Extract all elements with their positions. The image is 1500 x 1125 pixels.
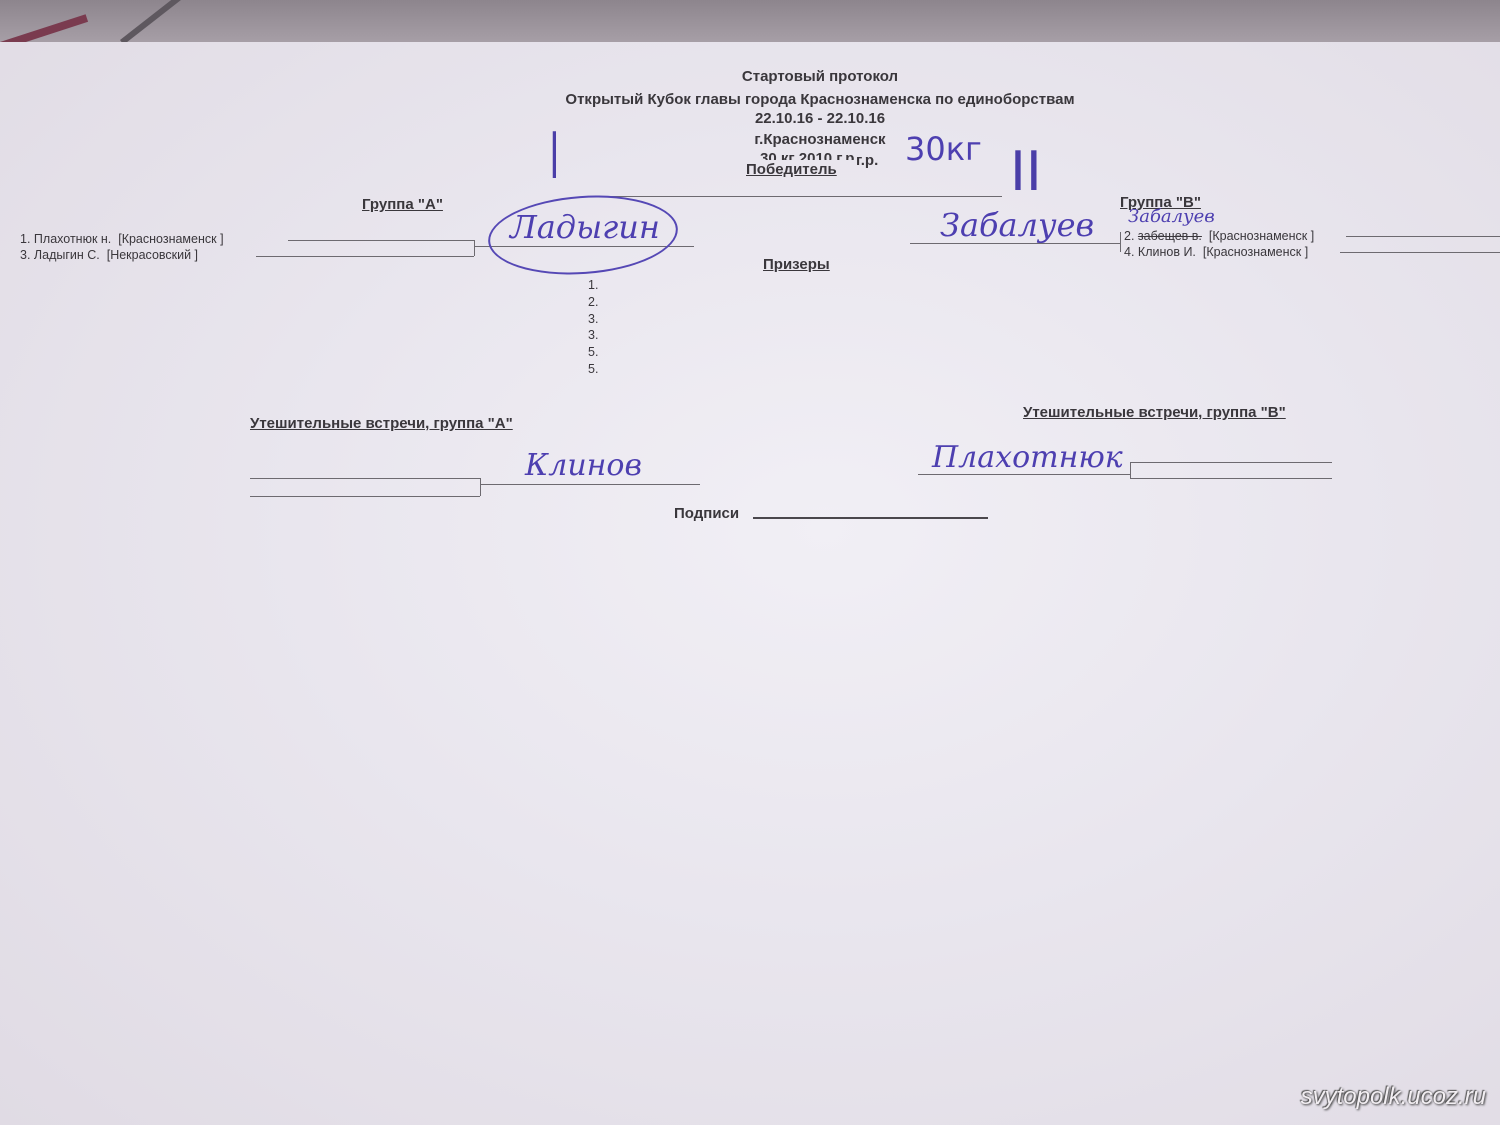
prizes-heading: Призеры — [763, 256, 830, 273]
prize-place: 5. — [588, 362, 598, 376]
paper-sheet — [0, 42, 1500, 1125]
handwritten-consolation-a: Клинов — [525, 448, 642, 483]
bracket-line — [1346, 236, 1500, 237]
consolation-a-result-line — [480, 484, 700, 485]
handwritten-first-place: I — [545, 120, 564, 194]
event-city: г.Краснознаменск — [420, 131, 1220, 148]
handwritten-group-a-winner: Ладыгин — [510, 208, 660, 246]
bracket-join — [1130, 462, 1131, 478]
handwritten-consolation-b: Плахотнюк — [932, 440, 1123, 475]
handwritten-second-place: II — [1010, 140, 1042, 203]
bracket-line — [1340, 252, 1500, 253]
winner-heading: Победитель — [746, 161, 837, 178]
prize-place: 3. — [588, 328, 598, 342]
group-b-entry: 4. Клинов И. [Краснознаменск ] — [1124, 245, 1308, 259]
bracket-line — [256, 256, 474, 257]
signature-line — [753, 517, 988, 519]
group-a-entry: 3. Ладыгин С. [Некрасовский ] — [20, 248, 198, 262]
bracket-join — [474, 240, 475, 256]
bracket-line — [250, 478, 480, 479]
handwritten-correction: Забалуев — [1128, 206, 1215, 227]
group-a-heading: Группа "А" — [362, 196, 443, 213]
bracket-line — [250, 496, 480, 497]
prize-place: 5. — [588, 345, 598, 359]
group-b-entry: 2. забещев в. [Краснознаменск ] — [1124, 229, 1314, 243]
watermark: svytopolk.ucoz.ru — [1301, 1083, 1486, 1111]
event-dates: 22.10.16 - 22.10.16 — [420, 110, 1220, 127]
winner-line — [582, 196, 1002, 197]
consolation-a-heading: Утешительные встречи, группа "А" — [250, 415, 513, 432]
bracket-join — [480, 478, 481, 496]
weight-category: 30 кг 2010 г.р. — [760, 150, 859, 160]
document-title: Стартовый протокол — [420, 68, 1220, 85]
prize-place: 2. — [588, 295, 598, 309]
prize-place: 1. — [588, 278, 598, 292]
prize-place: 3. — [588, 312, 598, 326]
group-a-entry: 1. Плахотнюк н. [Краснознаменск ] — [20, 232, 224, 246]
handwritten-weight: 30кг — [905, 130, 982, 168]
event-name: Открытый Кубок главы города Краснознамен… — [420, 91, 1220, 108]
consolation-b-heading: Утешительные встречи, группа "В" — [1023, 404, 1286, 421]
background-surface — [0, 0, 1500, 48]
bracket-join — [1120, 232, 1121, 252]
category-year: г.р. — [856, 152, 878, 169]
handwritten-group-b-winner: Забалуев — [940, 206, 1094, 244]
signatures-label: Подписи — [674, 505, 739, 522]
bracket-line — [1130, 462, 1332, 463]
bracket-line — [288, 240, 474, 241]
bracket-line — [1130, 478, 1332, 479]
